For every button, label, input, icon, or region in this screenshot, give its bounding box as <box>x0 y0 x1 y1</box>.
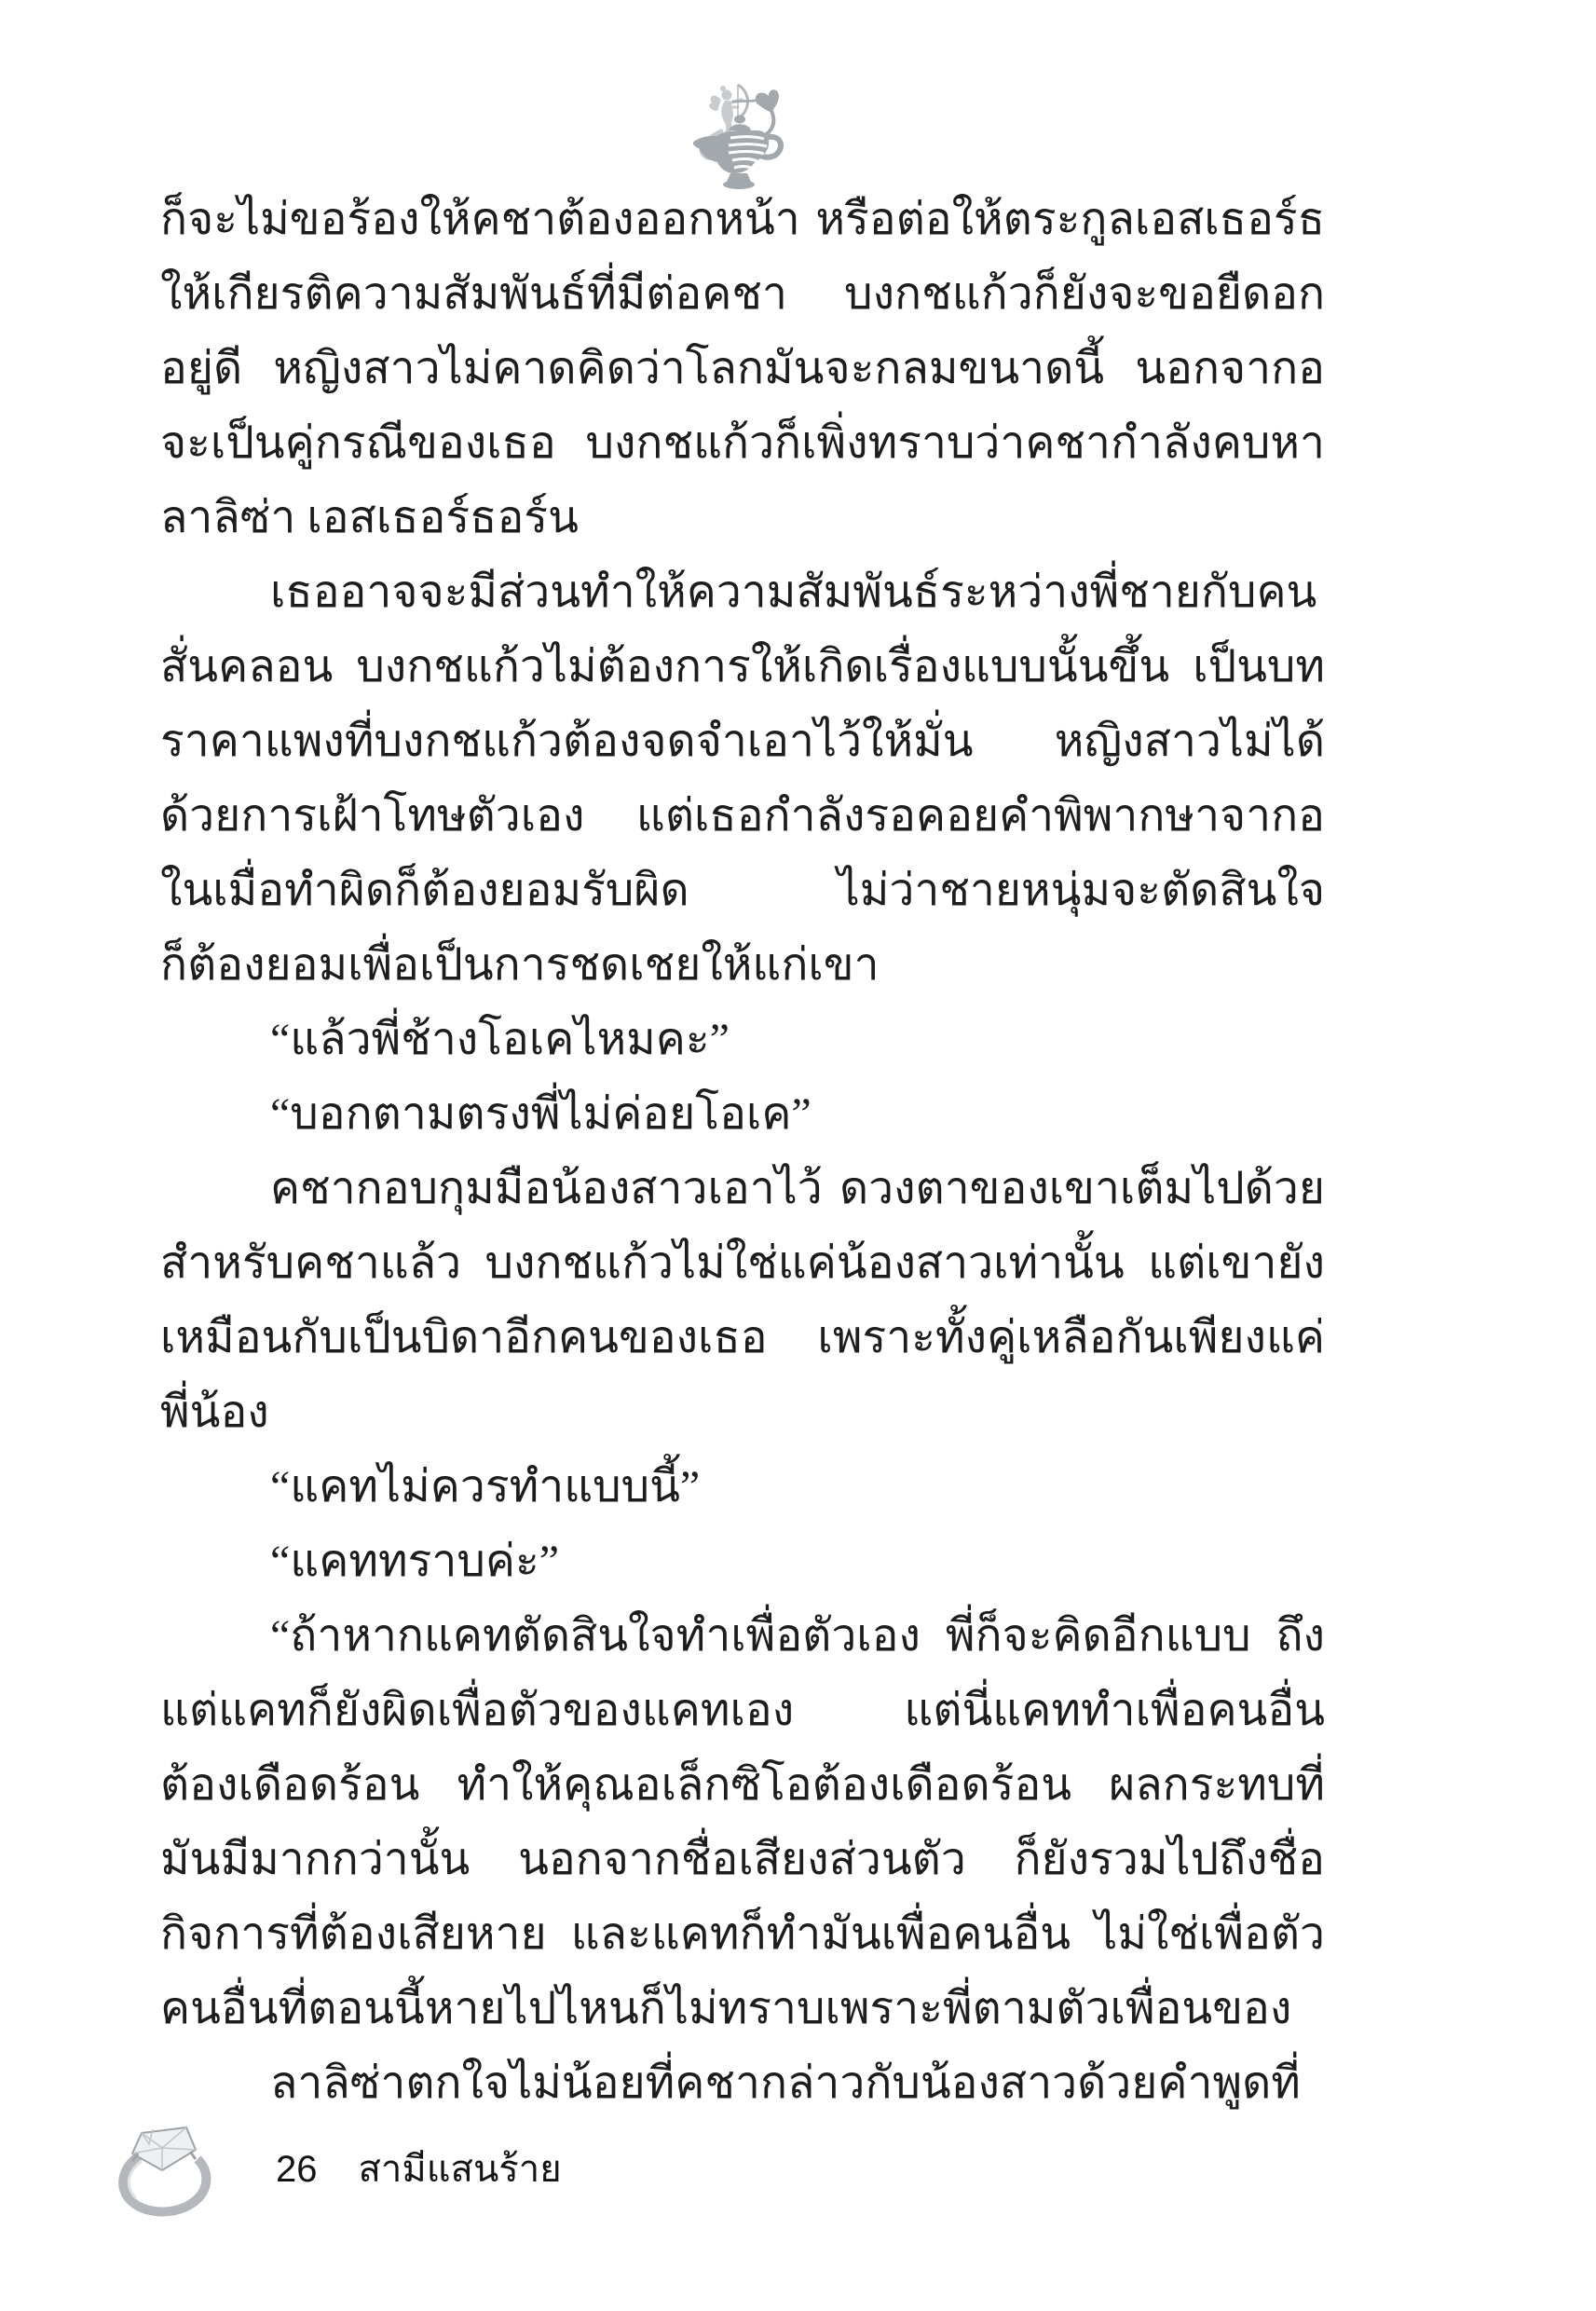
footer-text: 26 สามีแสนร้าย <box>242 2139 562 2198</box>
text-line: ในเมื่อทำผิดก็ต้องยอมรับผิด ไม่ว่าชายหนุ… <box>160 854 1325 928</box>
page-text: ก็จะไม่ขอร้องให้คชาต้องออกหน้า หรือต่อให… <box>160 183 1325 2121</box>
page-number: 26 <box>276 2149 318 2191</box>
text-line: ก็จะไม่ขอร้องให้คชาต้องออกหน้า หรือต่อให… <box>160 183 1325 257</box>
book-page: ก็จะไม่ขอร้องให้คชาต้องออกหน้า หรือต่อให… <box>0 0 1596 2311</box>
text-line: สั่นคลอน บงกชแก้วไม่ต้องการให้เกิดเรื่อง… <box>160 630 1325 704</box>
text-line: คนอื่นที่ตอนนี้หายไปไหนก็ไม่ทราบเพราะพี่… <box>160 1972 1325 2046</box>
text-line: ก็ต้องยอมเพื่อเป็นการชดเชยให้แก่เขา <box>160 928 1325 1003</box>
genie-lamp-cupid-icon <box>689 79 794 197</box>
dialog-line: “ถ้าหากแคทตัดสินใจทำเพื่อตัวเอง พี่ก็จะค… <box>160 1599 1325 1674</box>
text-line: ต้องเดือดร้อน ทำให้คุณอเล็กซิโอต้องเดือด… <box>160 1748 1325 1823</box>
text-line: ราคาแพงที่บงกชแก้วต้องจดจำเอาไว้ให้มั่น … <box>160 704 1325 779</box>
text-line: พี่น้อง <box>160 1375 1325 1450</box>
text-line: กิจการที่ต้องเสียหาย และแคทก็ทำมันเพื่อค… <box>160 1897 1325 1972</box>
page-footer: 26 สามีแสนร้าย <box>104 2113 562 2223</box>
text-line: มันมีมากกว่านั้น นอกจากชื่อเสียงส่วนตัว … <box>160 1823 1325 1897</box>
text-line: แต่แคทก็ยังผิดเพื่อตัวของแคทเอง แต่นี่แค… <box>160 1674 1325 1748</box>
book-title: สามีแสนร้าย <box>359 2139 562 2198</box>
text-line: ด้วยการเฝ้าโทษตัวเอง แต่เธอกำลังรอคอยคำพ… <box>160 779 1325 854</box>
text-line: คชากอบกุมมือน้องสาวเอาไว้ ดวงตาของเขาเต็… <box>160 1152 1325 1226</box>
dialog-line: “แล้วพี่ช้างโอเคไหมคะ” <box>160 1003 1325 1077</box>
text-line: อยู่ดี หญิงสาวไม่คาดคิดว่าโลกมันจะกลมขนา… <box>160 332 1325 406</box>
text-line: ให้เกียรติความสัมพันธ์ที่มีต่อคชา บงกชแก… <box>160 257 1325 332</box>
text-line: เหมือนกับเป็นบิดาอีกคนของเธอ เพราะทั้งคู… <box>160 1301 1325 1375</box>
dialog-line: “แคทไม่ควรทำแบบนี้” <box>160 1450 1325 1525</box>
text-line: เธออาจจะมีส่วนทำให้ความสัมพันธ์ระหว่างพี… <box>160 555 1325 630</box>
dialog-line: “บอกตามตรงพี่ไม่ค่อยโอเค” <box>160 1077 1325 1152</box>
dialog-line: “แคททราบค่ะ” <box>160 1525 1325 1599</box>
text-line: สำหรับคชาแล้ว บงกชแก้วไม่ใช่แค่น้องสาวเท… <box>160 1226 1325 1301</box>
text-line: ลาลิซ่าตกใจไม่น้อยที่คชากล่าวกับน้องสาวด… <box>160 2046 1325 2121</box>
genie-lamp-ornament <box>689 79 794 197</box>
diamond-ring-icon <box>104 2116 242 2221</box>
text-line: จะเป็นคู่กรณีของเธอ บงกชแก้วก็เพิ่งทราบว… <box>160 406 1325 481</box>
text-line: ลาลิซ่า เอสเธอร์ธอร์น <box>160 481 1325 555</box>
